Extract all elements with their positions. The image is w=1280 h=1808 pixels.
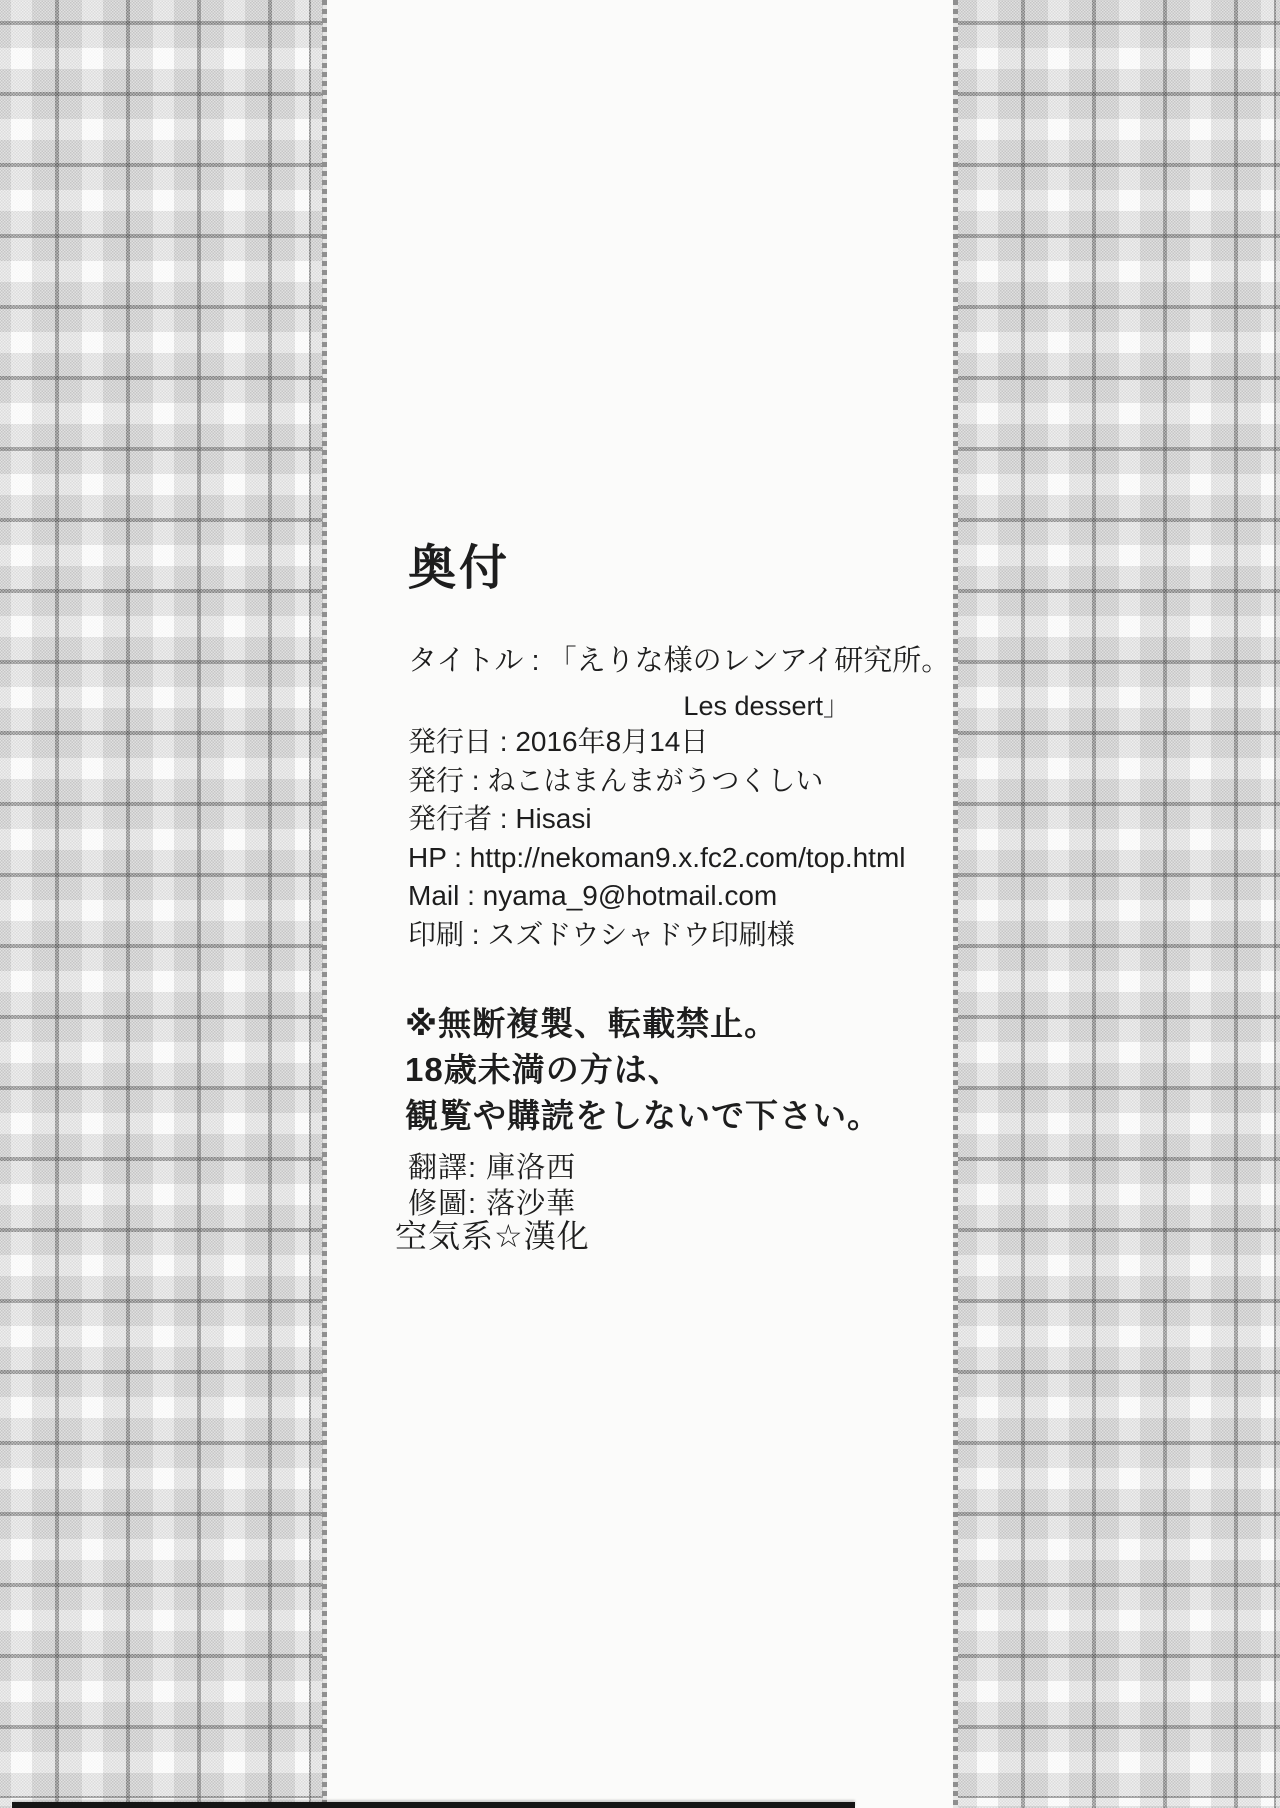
stitch-divider-right — [953, 0, 958, 1808]
page-title: 奥付 — [408, 541, 510, 597]
work-title-tail-line: Les dessert」 — [408, 690, 850, 722]
publish-date-line: 発行日 : 2016年8月14日 — [408, 723, 906, 762]
homepage-line: HP : http://nekoman9.x.fc2.com/top.html — [408, 839, 906, 878]
scan-edge-shadow — [12, 1802, 855, 1808]
mail-line: Mail : nyama_9@hotmail.com — [408, 877, 906, 916]
printer-line: 印刷 : スズドウシャドウ印刷様 — [408, 916, 906, 955]
publisher-circle-line: 発行 : ねこはまんまがうつくしい — [408, 762, 906, 801]
age-warning-line-2: 観覧や購読をしないで下さい。 — [405, 1093, 881, 1139]
scanned-colophon-page: { "theme": { "page_bg": "#fbfbfa", "ink"… — [0, 0, 1280, 1808]
age-warning-line-1: 18歳未満の方は、 — [405, 1047, 881, 1093]
publication-info-block: 発行日 : 2016年8月14日 発行 : ねこはまんまがうつくしい 発行者 :… — [408, 723, 906, 954]
translator-line: 翻譯: 庫洛西 — [408, 1150, 576, 1186]
author-line: 発行者 : Hisasi — [408, 800, 906, 839]
plaid-border-right — [958, 0, 1280, 1808]
copyright-notice-block: ※無断複製、転載禁止。 18歳未満の方は、 観覧や購読をしないで下さい。 — [405, 1001, 881, 1139]
translation-credit-block: 翻譯: 庫洛西 修圖: 落沙華 — [408, 1150, 576, 1222]
no-reproduction-line: ※無断複製、転載禁止。 — [405, 1001, 881, 1047]
plaid-border-left — [0, 0, 323, 1808]
retouch-line: 修圖: 落沙華 — [408, 1186, 576, 1222]
stitch-divider-left — [322, 0, 327, 1808]
work-title-line: タイトル : 「えりな様のレンアイ研究所。 — [408, 643, 950, 679]
scanlation-group-line: 空気系☆漢化 — [395, 1218, 590, 1254]
